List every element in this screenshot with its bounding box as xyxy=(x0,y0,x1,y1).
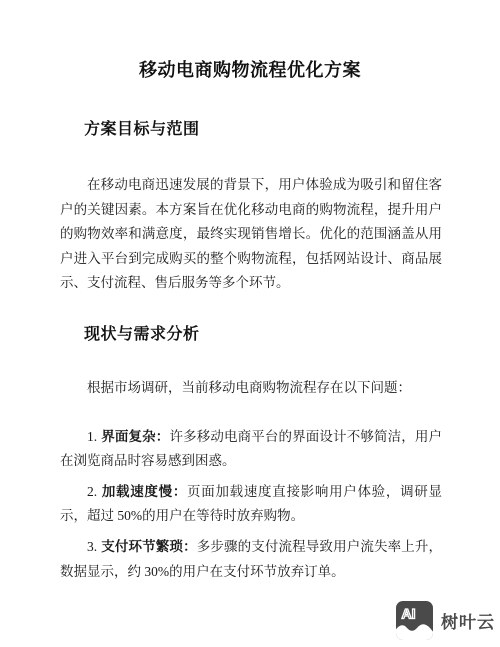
watermark: AI 树叶云 xyxy=(396,601,495,640)
item-label: 支付环节繁琐： xyxy=(101,539,197,554)
ai-image-logo-icon: AI xyxy=(396,601,433,640)
analysis-intro-paragraph: 根据市场调研，当前移动电商购物流程存在以下问题： xyxy=(60,376,442,401)
logo-ai-letters: AI xyxy=(402,606,416,622)
item-number: 3. xyxy=(87,539,97,554)
item-number: 2. xyxy=(87,484,97,499)
item-number: 1. xyxy=(87,429,97,444)
document-body: 方案目标与范围 在移动电商迅速发展的背景下，用户体验成为吸引和留住客户的关键因素… xyxy=(0,119,500,584)
section-heading-goals: 方案目标与范围 xyxy=(84,119,442,140)
list-item-loading-speed: 2.加载速度慢：页面加载速度直接影响用户体验，调研显示，超过 50%的用户在等待… xyxy=(60,480,442,529)
item-label: 界面复杂： xyxy=(101,429,169,444)
goals-paragraph: 在移动电商迅速发展的背景下，用户体验成为吸引和留住客户的关键因素。本方案旨在优化… xyxy=(60,173,442,296)
watermark-brand-text: 树叶云 xyxy=(441,608,495,633)
document-page: 移动电商购物流程优化方案 方案目标与范围 在移动电商迅速发展的背景下，用户体验成… xyxy=(0,0,500,647)
list-item-interface: 1.界面复杂：许多移动电商平台的界面设计不够简洁，用户在浏览商品时容易感到困惑。 xyxy=(60,425,442,474)
section-heading-analysis: 现状与需求分析 xyxy=(84,324,442,345)
section-analysis: 现状与需求分析 根据市场调研，当前移动电商购物流程存在以下问题： 1.界面复杂：… xyxy=(60,324,442,584)
section-goals: 方案目标与范围 在移动电商迅速发展的背景下，用户体验成为吸引和留住客户的关键因素… xyxy=(60,119,442,296)
item-label: 加载速度慢： xyxy=(101,484,187,499)
list-item-payment: 3.支付环节繁琐：多步骤的支付流程导致用户流失率上升，数据显示，约 30%的用户… xyxy=(60,535,442,584)
problem-list: 1.界面复杂：许多移动电商平台的界面设计不够简洁，用户在浏览商品时容易感到困惑。… xyxy=(60,425,442,585)
document-title: 移动电商购物流程优化方案 xyxy=(0,0,500,83)
